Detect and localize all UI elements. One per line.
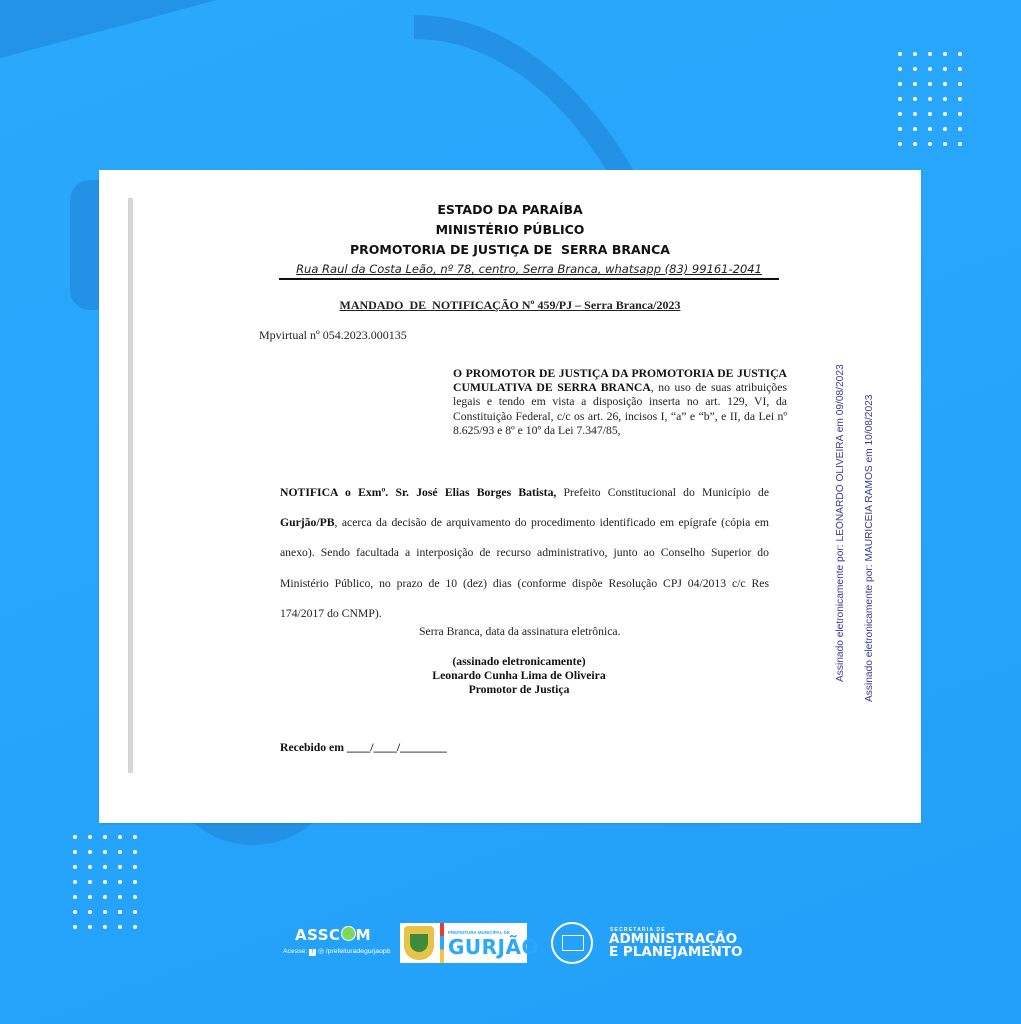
municipality: Gurjão/PB — [280, 516, 335, 529]
presentation-chart-icon — [551, 922, 593, 964]
signature-note: (assinado eletronicamente) — [349, 655, 689, 669]
body-text-2: , acerca da decisão de arquivamento do p… — [280, 516, 769, 620]
header-address: Rua Raul da Costa Leão, nº 78, centro, S… — [279, 262, 779, 280]
intro-paragraph: O PROMOTOR DE JUSTIÇA DA PROMOTORIA DE J… — [453, 367, 787, 438]
asscom-name-post: M — [356, 926, 371, 944]
asscom-name-pre: ASSC — [295, 926, 341, 944]
document-page: ESTADO DA PARAÍBA MINISTÉRIO PÚBLICO PRO… — [99, 170, 921, 823]
place-date: Serra Branca, data da assinatura eletrôn… — [419, 625, 621, 638]
asscom-logo: ASSCM Acesse: f ◎ /prefeituradegurjaopb — [283, 926, 383, 956]
dot-pattern-top-right — [898, 52, 973, 146]
page-margin-bar — [128, 198, 133, 773]
secretaria-logo: SECRETARIA DE ADMINISTRAÇÃO E PLANEJAMEN… — [551, 918, 751, 970]
instagram-icon: ◎ — [318, 948, 324, 955]
signature-block: (assinado eletronicamente) Leonardo Cunh… — [349, 655, 689, 697]
access-label: Acesse: — [283, 948, 307, 955]
document-title: MANDADO DE NOTIFICAÇÃO Nº 459/PJ – Serra… — [99, 298, 921, 313]
body-text-1: Prefeito Constitucional do Município de — [556, 486, 769, 499]
received-field: Recebido em ____/____/________ — [280, 741, 447, 754]
electronic-signature-stamp: Assinado eletronicamente por: LEONARDO O… — [835, 364, 846, 682]
header-state: ESTADO DA PARAÍBA — [99, 200, 921, 220]
header-ministry: MINISTÉRIO PÚBLICO — [99, 220, 921, 240]
facebook-icon: f — [309, 949, 316, 956]
notified-person: NOTIFICA o Exmº. Sr. José Elias Borges B… — [280, 486, 556, 499]
signer-role: Promotor de Justiça — [349, 683, 689, 697]
prefeitura-gurjao-logo: PREFEITURA MUNICIPAL DE GURJÃO — [400, 923, 527, 963]
secretaria-line-2: E PLANEJAMENTO — [609, 946, 743, 959]
chat-bubble-icon — [341, 926, 356, 941]
signer-name: Leonardo Cunha Lima de Oliveira — [349, 669, 689, 683]
notification-paragraph: NOTIFICA o Exmº. Sr. José Elias Borges B… — [280, 478, 769, 629]
color-stripe — [440, 923, 444, 963]
gurjao-title: GURJÃO — [448, 935, 539, 959]
document-header: ESTADO DA PARAÍBA MINISTÉRIO PÚBLICO PRO… — [99, 200, 921, 260]
dot-pattern-bottom-left — [73, 835, 148, 929]
electronic-signature-stamp: Assinado eletronicamente por: MAURICEIA … — [864, 395, 875, 702]
coat-of-arms-icon — [404, 926, 434, 960]
social-handle: /prefeituradegurjaopb — [326, 948, 391, 955]
header-promotoria: PROMOTORIA DE JUSTIÇA DE SERRA BRANCA — [99, 240, 921, 260]
mpvirtual-number: Mpvirtual nº 054.2023.000135 — [259, 328, 407, 343]
